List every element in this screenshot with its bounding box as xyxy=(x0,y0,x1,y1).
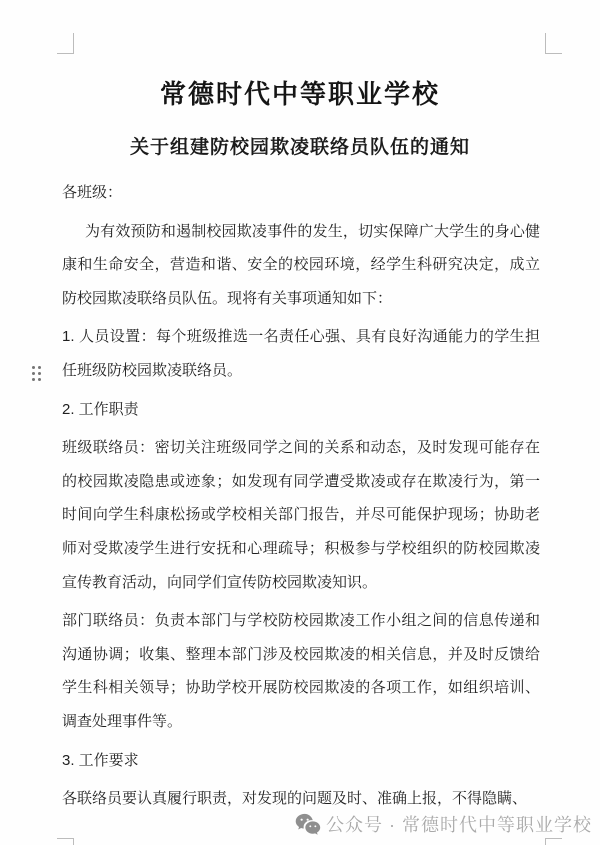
watermark: 公众号 · 常德时代中等职业学校 xyxy=(295,811,592,837)
document-subtitle: 关于组建防校园欺凌联络员队伍的通知 xyxy=(0,132,600,159)
margin-corner-mark-top-right xyxy=(545,33,562,54)
paragraph-item-1: 1. 人员设置：每个班级推选一名责任心强、具有良好沟通能力的学生担任班级防校园欺… xyxy=(62,320,540,387)
document-title: 常德时代中等职业学校 xyxy=(0,74,600,111)
paragraph-dept-liaison: 部门联络员：负责本部门与学校防校园欺凌工作小组之间的信息传递和沟通协调；收集、整… xyxy=(62,604,540,738)
document-body: 各班级： 为有效预防和遏制校园欺凌事件的发生，切实保障广大学生的身心健康和生命安… xyxy=(62,176,540,821)
paragraph-class-liaison: 班级联络员：密切关注班级同学之间的关系和动态，及时发现可能存在的校园欺凌隐患或迹… xyxy=(62,431,540,599)
margin-corner-mark-top-left xyxy=(57,33,74,54)
salutation: 各班级： xyxy=(62,176,540,210)
drag-handle-icon[interactable] xyxy=(32,366,41,381)
margin-corner-mark-bottom-left xyxy=(57,838,74,845)
wechat-icon xyxy=(295,813,321,835)
paragraph-intro: 为有效预防和遏制校园欺凌事件的发生，切实保障广大学生的身心健康和生命安全，营造和… xyxy=(62,215,540,316)
watermark-label: 公众号 · 常德时代中等职业学校 xyxy=(326,811,592,837)
paragraph-item-3-heading: 3. 工作要求 xyxy=(62,744,540,778)
margin-corner-mark-bottom-right xyxy=(545,838,562,845)
paragraph-item-2-heading: 2. 工作职责 xyxy=(62,393,540,427)
document-page: 常德时代中等职业学校 关于组建防校园欺凌联络员队伍的通知 各班级： 为有效预防和… xyxy=(0,0,600,845)
